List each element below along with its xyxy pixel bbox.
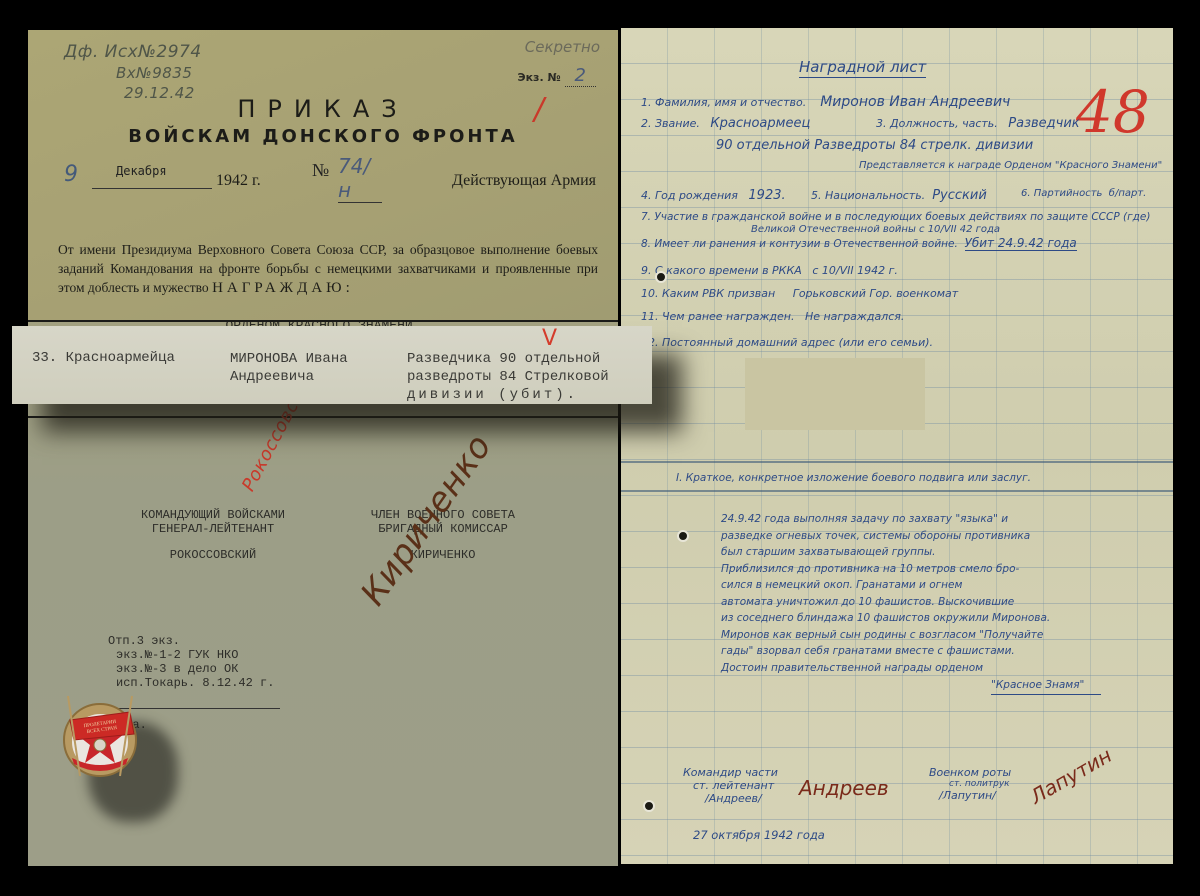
order-entry-strip: 33. Красноармейца МИРОНОВА Ивана Андреев… bbox=[12, 326, 652, 404]
field-label: 5. Национальность. bbox=[811, 189, 925, 202]
handwritten-outgoing-ref: Дф. Исх№2974 bbox=[64, 42, 202, 62]
field-value: Горьковский Гор. военкомат bbox=[793, 287, 959, 300]
entry-name: МИРОНОВА Ивана Андреевича bbox=[230, 350, 348, 386]
signatory-name: РОКОССОВСКИЙ bbox=[128, 548, 298, 562]
field-value: 1923. bbox=[748, 188, 785, 203]
signer-commander: Командир части ст. лейтенант /Андреев/ bbox=[683, 766, 778, 805]
field-drafted-by: 10. Каким РВК призван Горьковский Гор. в… bbox=[641, 287, 958, 300]
order-date-row: 9 Декабря 1942 г. Действующая Армия bbox=[56, 170, 596, 200]
entry-position: Разведчика 90 отдельной разведроты 84 Ст… bbox=[407, 350, 609, 404]
signer-name: /Андреев/ bbox=[683, 792, 778, 805]
signature-laputin: Лапутин bbox=[1026, 743, 1116, 809]
field-previous-awards: 11. Чем ранее награжден. Не награждался. bbox=[641, 310, 904, 323]
entry-name-line1: МИРОНОВА Ивана bbox=[230, 350, 348, 368]
field-combat-participation: 7. Участие в гражданской войне и в после… bbox=[641, 211, 1150, 223]
field-combat-participation-value: Великой Отечественной войны с 10/VII 42 … bbox=[751, 224, 1000, 235]
narrative-line: гады" взорвал себя гранатами вместе с фа… bbox=[721, 643, 1161, 660]
narrative-line: 24.9.42 года выполняя задачу по захвату … bbox=[721, 511, 1161, 528]
field-label: 11. Чем ранее награжден. bbox=[641, 310, 794, 323]
award-sheet-date: 27 октября 1942 года bbox=[693, 828, 825, 842]
copies-line: Отп.3 экз. bbox=[108, 634, 274, 648]
punch-hole bbox=[677, 530, 689, 542]
field-value: Красноармеец bbox=[710, 116, 810, 131]
copies-line: экз.№-1-2 ГУК НКО bbox=[108, 648, 274, 662]
field-birth-year: 4. Год рождения 1923. bbox=[641, 188, 786, 203]
punch-hole bbox=[643, 800, 655, 812]
copies-line: исп.Токарь. 8.12.42 г. bbox=[108, 676, 274, 690]
section-divider bbox=[621, 461, 1173, 463]
field-value: Миронов Иван Андреевич bbox=[820, 94, 1010, 110]
summary-heading: I. Краткое, конкретное изложение боевого… bbox=[676, 472, 1031, 484]
narrative-line: разведке огневых точек, системы обороны … bbox=[721, 528, 1161, 545]
signer-rank: ст. политрук bbox=[929, 779, 1011, 789]
field-value: с 10/VII 1942 г. bbox=[812, 264, 898, 277]
field-label: 4. Год рождения bbox=[641, 189, 738, 202]
entry-index: 33. bbox=[32, 350, 57, 366]
copies-distribution: Отп.3 экз. экз.№-1-2 ГУК НКО экз.№-3 в д… bbox=[108, 634, 274, 690]
copy-number-field: Экз. № 2 bbox=[518, 65, 596, 86]
award-verb: НАГРАЖДАЮ: bbox=[212, 280, 354, 296]
narrative-line: "Красное Знамя" bbox=[991, 676, 1101, 695]
signer-name: /Лапутин/ bbox=[929, 789, 1011, 802]
narrative-line: сился в немецкий окоп. Гранатами и огнем bbox=[721, 577, 1161, 594]
date-month: Декабря bbox=[116, 164, 167, 178]
field-nominated-for: Представляется к награде Орденом "Красно… bbox=[859, 160, 1162, 171]
signatory-title-2: ГЕНЕРАЛ-ЛЕЙТЕНАНТ bbox=[128, 522, 298, 536]
field-nationality: 5. Национальность. Русский bbox=[811, 188, 987, 203]
order-subtitle: ВОЙСКАМ ДОНСКОГО ФРОНТА bbox=[28, 126, 618, 147]
narrative-line: автомата уничтожил до 10 фашистов. Выско… bbox=[721, 594, 1161, 611]
field-unit: 90 отдельной Разведроты 84 стрелк. дивиз… bbox=[716, 138, 1033, 153]
punch-hole bbox=[655, 271, 667, 283]
entry-name-line2: Андреевича bbox=[230, 368, 348, 386]
classification-stamp: Секретно bbox=[525, 38, 600, 56]
field-label: 1. Фамилия, имя и отчество. bbox=[641, 96, 806, 109]
narrative-line: был старшим захватывающей группы. bbox=[721, 544, 1161, 561]
field-party: 6. Партийность б/парт. bbox=[1021, 188, 1146, 199]
handwritten-incoming-ref: Вх№9835 bbox=[116, 64, 192, 82]
date-day: 9 bbox=[64, 162, 78, 187]
section-divider bbox=[28, 320, 618, 322]
copy-number-value: 2 bbox=[565, 65, 596, 87]
field-value: Разведчик bbox=[1008, 116, 1079, 131]
award-sheet-title: Наградной лист bbox=[799, 58, 926, 78]
field-value: Убит 24.9.42 года bbox=[965, 236, 1077, 251]
order-of-red-banner-icon: ПРОЛЕТАРИИ ВСЕХ СТРАН bbox=[60, 690, 140, 780]
entry-position-line1: Разведчика 90 отдельной bbox=[407, 350, 609, 368]
entry-position-line3: дивизии (убит). bbox=[407, 386, 609, 404]
field-value: Не награждался. bbox=[805, 310, 904, 323]
signer-commissar: Военком роты ст. политрук /Лапутин/ bbox=[929, 766, 1011, 802]
copy-number-label: Экз. № bbox=[518, 71, 561, 84]
copies-line: экз.№-3 в дело ОК bbox=[108, 662, 274, 676]
narrative-line: Миронов как верный сын родины с возгласо… bbox=[721, 627, 1161, 644]
field-value: б/парт. bbox=[1109, 188, 1147, 199]
order-title: ПРИКАЗ bbox=[28, 95, 618, 123]
signer-title: Командир части bbox=[683, 766, 778, 779]
field-full-name: 1. Фамилия, имя и отчество. Миронов Иван… bbox=[641, 94, 1010, 110]
field-label: 10. Каким РВК призван bbox=[641, 287, 775, 300]
field-wounds: 8. Имеет ли ранения и контузии в Отечест… bbox=[641, 236, 1077, 250]
field-rank: 2. Звание. Красноармеец bbox=[641, 116, 810, 131]
section-divider bbox=[621, 490, 1173, 492]
red-checkmark: V bbox=[542, 326, 557, 351]
signer-rank: ст. лейтенант bbox=[683, 779, 778, 792]
field-value: Русский bbox=[932, 188, 987, 203]
signatory-commander: КОМАНДУЮЩИЙ ВОЙСКАМИ ГЕНЕРАЛ-ЛЕЙТЕНАНТ Р… bbox=[128, 508, 298, 562]
signer-title: Военком роты bbox=[929, 766, 1011, 779]
entry-index-rank: 33. Красноармейца bbox=[32, 350, 175, 366]
narrative-line: Приблизился до противника на 10 метров с… bbox=[721, 561, 1161, 578]
location-label: Действующая Армия bbox=[452, 172, 596, 190]
entry-position-line2: разведроты 84 Стрелковой bbox=[407, 368, 609, 386]
signatory-title-1: КОМАНДУЮЩИЙ ВОЙСКАМИ bbox=[128, 508, 298, 522]
signature-andreev: Андреев bbox=[799, 776, 889, 800]
field-label: 8. Имеет ли ранения и контузии в Отечест… bbox=[641, 238, 958, 250]
order-preamble: От имени Президиума Верховного Совета Со… bbox=[58, 240, 598, 298]
narrative-line: Достоин правительственной награды ордено… bbox=[721, 660, 1161, 677]
narrative-line: из соседнего блиндажа 10 фашистов окружи… bbox=[721, 610, 1161, 627]
field-label: 6. Партийность bbox=[1021, 188, 1102, 199]
redacted-address-area bbox=[745, 358, 925, 430]
field-position: 3. Должность, часть. Разведчик bbox=[876, 116, 1080, 131]
red-sheet-number: 48 bbox=[1076, 78, 1150, 146]
entry-rank: Красноармейца bbox=[66, 350, 175, 366]
field-label: 3. Должность, часть. bbox=[876, 117, 998, 130]
field-service-since: 9. С какого времени в РККА с 10/VII 1942… bbox=[641, 264, 898, 277]
field-label: 2. Звание. bbox=[641, 117, 700, 130]
date-year: 1942 г. bbox=[216, 172, 261, 190]
field-home-address: 12. Постоянный домашний адрес (или его с… bbox=[641, 336, 933, 349]
award-sheet-document: Наградной лист 48 1. Фамилия, имя и отче… bbox=[621, 28, 1173, 864]
date-underline bbox=[92, 188, 212, 189]
narrative-block: 24.9.42 года выполняя задачу по захвату … bbox=[721, 511, 1161, 695]
section-divider bbox=[28, 416, 618, 418]
